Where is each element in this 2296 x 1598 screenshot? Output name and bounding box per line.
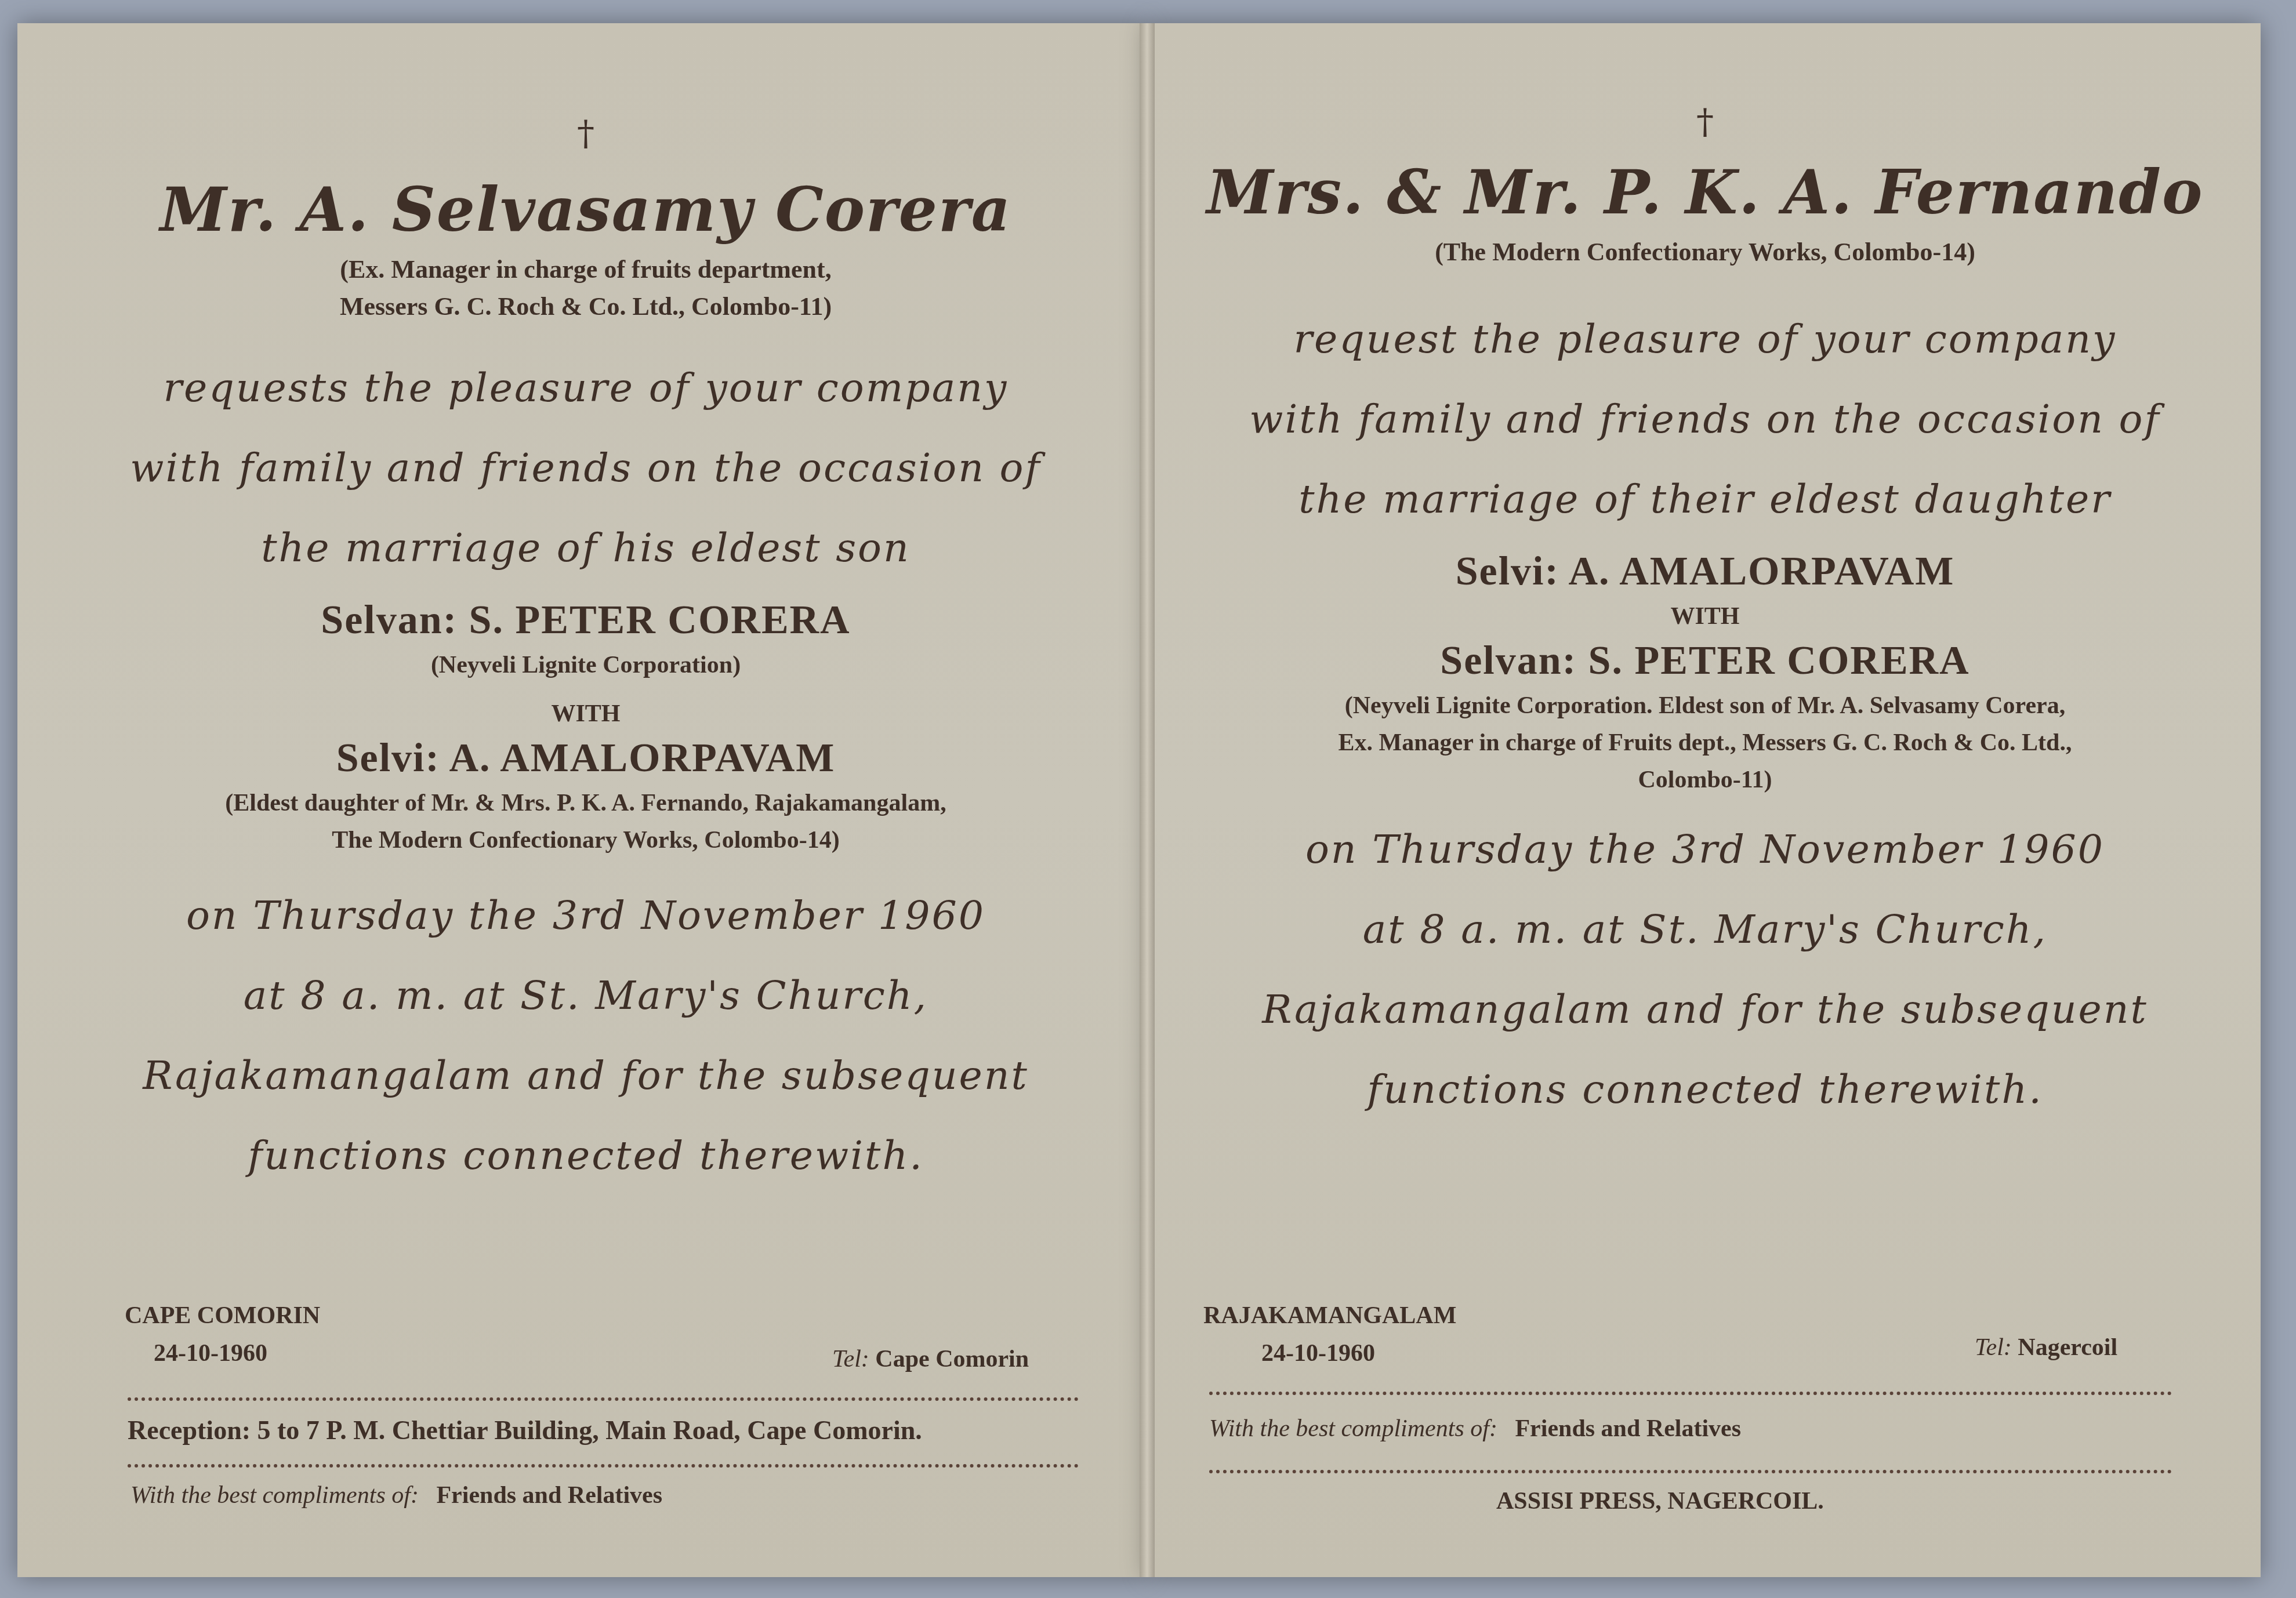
right-event-line-2: at 8 a. m. at St. Mary's Church, — [1166, 890, 2244, 970]
left-groom-name: Selvan: S. PETER CORERA — [35, 594, 1137, 647]
left-host-detail-2: Messers G. C. Roch & Co. Ltd., Colombo-1… — [35, 288, 1137, 325]
left-event-line-3: Rajakamangalam and for the subsequent — [35, 1036, 1137, 1116]
right-date: 24-10-1960 — [1261, 1339, 1375, 1367]
cross-icon: † — [1166, 104, 2244, 139]
left-bride-detail-2: The Modern Confectionary Works, Colombo-… — [35, 822, 1137, 859]
right-event-line-4: functions connected therewith. — [1166, 1050, 2244, 1130]
divider — [128, 1397, 1079, 1401]
right-page-content: † Mrs. & Mr. P. K. A. Fernando (The Mode… — [1166, 104, 2244, 1130]
left-reception: Reception: 5 to 7 P. M. Chettiar Buildin… — [128, 1415, 922, 1446]
right-with-label: WITH — [1166, 598, 2244, 635]
right-host-detail-1: (The Modern Confectionary Works, Colombo… — [1166, 234, 2244, 271]
right-compliments-value: Friends and Relatives — [1515, 1415, 1741, 1442]
right-groom-name: Selvan: S. PETER CORERA — [1166, 635, 2244, 687]
right-event-line-1: on Thursday the 3rd November 1960 — [1166, 810, 2244, 890]
left-host-name: Mr. A. Selvasamy Corera — [35, 174, 1137, 245]
right-tel-value: Nagercoil — [2018, 1334, 2117, 1361]
divider — [128, 1464, 1079, 1468]
right-groom-detail-2: Ex. Manager in charge of Fruits dept., M… — [1166, 724, 2244, 761]
left-invitation-line-3: the marriage of his eldest son — [35, 509, 1137, 589]
left-with-label: WITH — [35, 695, 1137, 732]
right-place: RAJAKAMANGALAM — [1203, 1302, 1456, 1330]
divider — [1209, 1392, 2172, 1395]
left-event-line-4: functions connected therewith. — [35, 1116, 1137, 1196]
right-invitation-line-1: request the pleasure of your company — [1166, 300, 2244, 380]
right-compliments-label: With the best compliments of: — [1209, 1415, 1497, 1442]
right-bride-name: Selvi: A. AMALORPAVAM — [1166, 546, 2244, 598]
left-compliments-value: Friends and Relatives — [436, 1482, 662, 1509]
divider — [1209, 1470, 2172, 1473]
right-tel-label: Tel: — [1975, 1334, 2012, 1361]
right-groom-detail-1: (Neyveli Lignite Corporation. Eldest son… — [1166, 687, 2244, 724]
right-invitation-line-3: the marriage of their eldest daughter — [1166, 460, 2244, 540]
right-groom-detail-3: Colombo-11) — [1166, 761, 2244, 798]
cross-icon: † — [35, 116, 1137, 151]
right-invitation-line-2: with family and friends on the occasion … — [1166, 380, 2244, 460]
right-printer: ASSISI PRESS, NAGERCOIL. — [1496, 1487, 1824, 1515]
left-bride-name: Selvi: A. AMALORPAVAM — [35, 732, 1137, 785]
left-invitation-line-1: requests the pleasure of your company — [35, 348, 1137, 428]
left-tel-label: Tel: — [832, 1346, 869, 1372]
right-host-name: Mrs. & Mr. P. K. A. Fernando — [1166, 157, 2244, 228]
left-groom-details: (Neyveli Lignite Corporation) — [35, 647, 1137, 684]
left-compliments-label: With the best compliments of: — [130, 1482, 419, 1509]
left-place: CAPE COMORIN — [125, 1302, 320, 1330]
left-bride-detail-1: (Eldest daughter of Mr. & Mrs. P. K. A. … — [35, 785, 1137, 822]
left-event-line-1: on Thursday the 3rd November 1960 — [35, 876, 1137, 956]
left-date: 24-10-1960 — [154, 1339, 267, 1367]
right-event-line-3: Rajakamangalam and for the subsequent — [1166, 970, 2244, 1050]
card-fold — [1140, 23, 1155, 1577]
left-invitation-line-2: with family and friends on the occasion … — [35, 428, 1137, 509]
left-page-content: † Mr. A. Selvasamy Corera (Ex. Manager i… — [35, 116, 1137, 1196]
left-tel-value: Cape Comorin — [875, 1346, 1029, 1372]
left-event-line-2: at 8 a. m. at St. Mary's Church, — [35, 956, 1137, 1036]
left-host-detail-1: (Ex. Manager in charge of fruits departm… — [35, 251, 1137, 288]
